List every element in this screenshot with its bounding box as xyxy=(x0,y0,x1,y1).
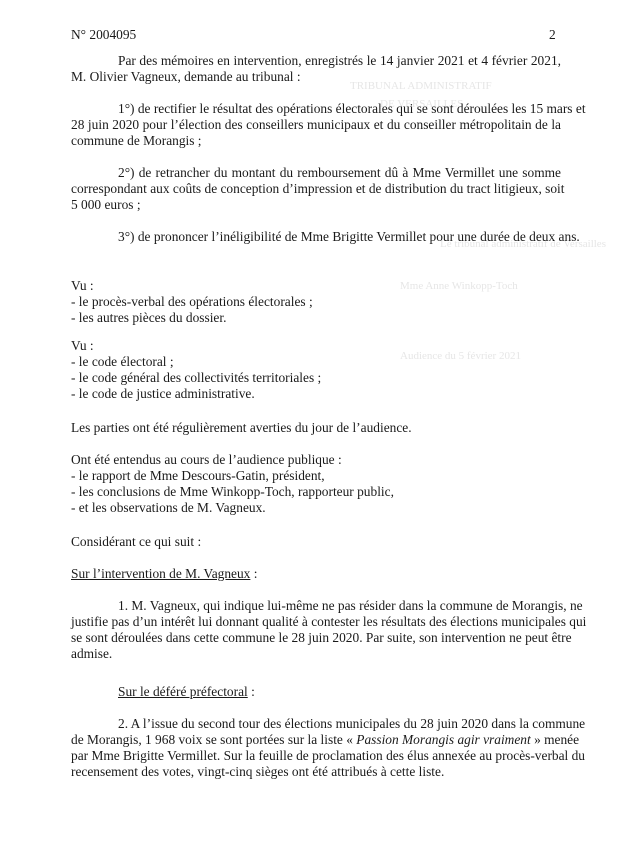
scan-bleed-through: TRIBUNAL ADMINISTRATIF xyxy=(350,80,492,92)
section-1-heading: Sur l’intervention de M. Vagneux : xyxy=(71,566,257,582)
vu-heading: Vu : xyxy=(71,278,94,294)
section-1-heading-text: Sur l’intervention de M. Vagneux xyxy=(71,566,250,581)
intro-paragraph-line: M. Olivier Vagneux, demande au tribunal … xyxy=(71,69,301,85)
vu-item: - le procès-verbal des opérations électo… xyxy=(71,294,313,310)
intro-paragraph-line: Par des mémoires en intervention, enregi… xyxy=(71,53,561,69)
scan-bleed-through: Audience du 5 février 2021 xyxy=(400,350,521,362)
hearing-item: - le rapport de Mme Descours-Gatin, prés… xyxy=(71,468,325,484)
vu-item: - les autres pièces du dossier. xyxy=(71,310,226,326)
request-item-1-line: 1°) de rectifier le résultat des opérati… xyxy=(71,101,561,117)
request-item-2-line: correspondant aux coûts de conception d’… xyxy=(71,181,561,197)
vu-item: - le code électoral ; xyxy=(71,354,174,370)
hearing-heading: Ont été entendus au cours de l’audience … xyxy=(71,452,342,468)
section-2-line: 2. A l’issue du second tour des élection… xyxy=(71,716,561,732)
section-2-line: recensement des votes, vingt-cinq sièges… xyxy=(71,764,444,780)
vu-item: - le code de justice administrative. xyxy=(71,386,255,402)
case-number: N° 2004095 xyxy=(71,27,136,43)
section-2-line: de Morangis, 1 968 voix se sont portées … xyxy=(71,732,561,748)
request-item-3-line: 3°) de prononcer l’inéligibilité de Mme … xyxy=(118,229,580,245)
section-2-heading: Sur le déféré préfectoral : xyxy=(118,684,255,700)
hearing-item: - et les observations de M. Vagneux. xyxy=(71,500,266,516)
list-name: Passion Morangis agir vraiment xyxy=(356,732,530,747)
request-item-2-line: 5 000 euros ; xyxy=(71,197,141,213)
hearing-item: - les conclusions de Mme Winkopp-Toch, r… xyxy=(71,484,394,500)
section-1-heading-colon: : xyxy=(250,566,257,581)
section-1-line: justifie pas d’un intérêt lui donnant qu… xyxy=(71,614,561,630)
section-2-heading-colon: : xyxy=(248,684,255,699)
vu-item: - le code général des collectivités terr… xyxy=(71,370,321,386)
section-1-line: 1. M. Vagneux, qui indique lui-même ne p… xyxy=(71,598,561,614)
considering-line: Considérant ce qui suit : xyxy=(71,534,201,550)
section-2-heading-text: Sur le déféré préfectoral xyxy=(118,684,248,699)
page-number: 2 xyxy=(549,27,556,43)
section-2-line2-post: » menée xyxy=(531,732,579,747)
vu-heading: Vu : xyxy=(71,338,94,354)
request-item-1-line: commune de Morangis ; xyxy=(71,133,202,149)
scan-bleed-through: Mme Anne Winkopp-Toch xyxy=(400,280,518,292)
section-2-line2-pre: de Morangis, 1 968 voix se sont portées … xyxy=(71,732,356,747)
section-1-line: admise. xyxy=(71,646,112,662)
request-item-1-line: 28 juin 2020 pour l’élection des conseil… xyxy=(71,117,561,133)
notice-line: Les parties ont été régulièrement averti… xyxy=(71,420,412,436)
request-item-2-line: 2°) de retrancher du montant du rembours… xyxy=(71,165,561,181)
section-1-line: se sont déroulées dans cette commune le … xyxy=(71,630,561,646)
section-2-line: par Mme Brigitte Vermillet. Sur la feuil… xyxy=(71,748,561,764)
